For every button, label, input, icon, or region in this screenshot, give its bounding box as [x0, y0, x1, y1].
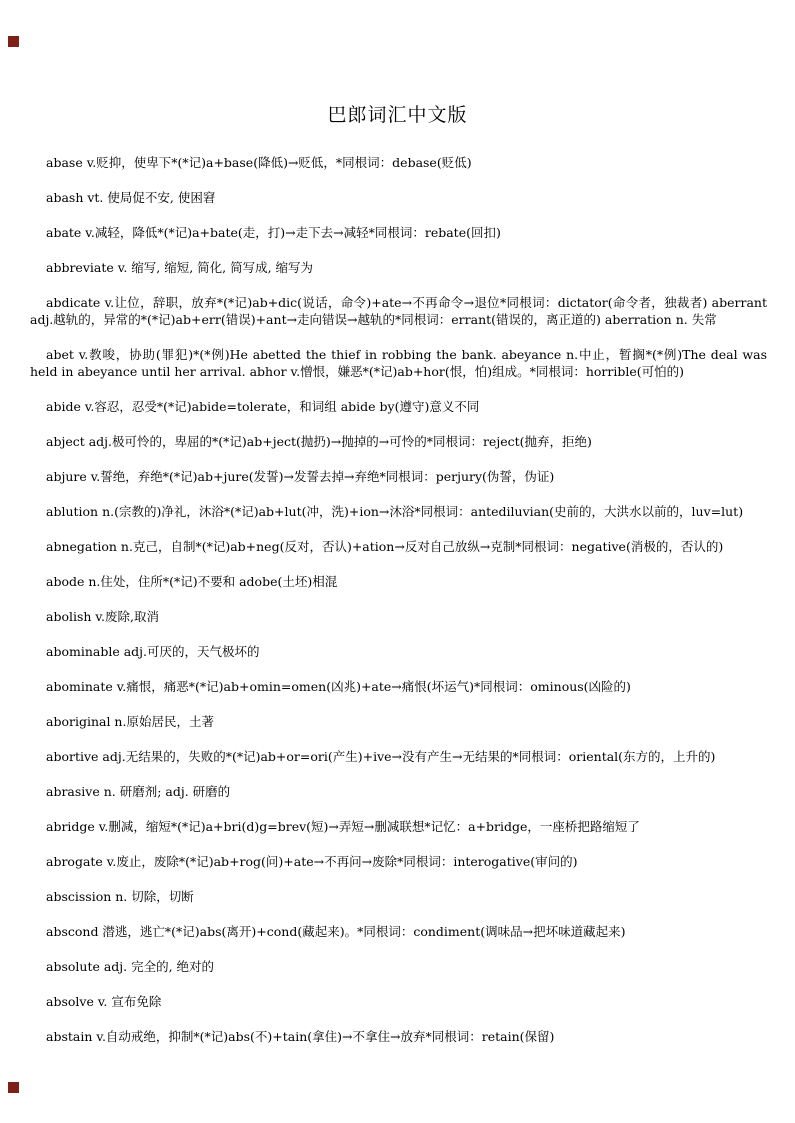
document-title: 巴郎词汇中文版 — [0, 103, 795, 127]
vocab-entry: abet v.教唆，协助(罪犯)*(*例)He abetted the thie… — [30, 346, 767, 380]
vocab-entry: abrogate v.废止，废除*(*记)ab+rog(问)+ate→不再问→废… — [30, 853, 767, 870]
vocab-entry: abrasive n. 研磨剂; adj. 研磨的 — [30, 783, 767, 800]
vocab-entry: abase v.贬抑，使卑下*(*记)a+base(降低)→贬低，*同根词：de… — [30, 154, 767, 171]
vocab-entry: abbreviate v. 缩写, 缩短, 简化, 简写成, 缩写为 — [30, 259, 767, 276]
vocab-entry: abash vt. 使局促不安, 使困窘 — [30, 189, 767, 206]
vocab-entry: abstain v.自动戒绝，抑制*(*记)abs(不)+tain(拿住)→不拿… — [30, 1028, 767, 1045]
vocab-entry: abate v.减轻，降低*(*记)a+bate(走，打)→走下去→减轻*同根词… — [30, 224, 767, 241]
vocab-entry: abridge v.删减，缩短*(*记)a+bri(d)g=brev(短)→弄短… — [30, 818, 767, 835]
vocabulary-list: abase v.贬抑，使卑下*(*记)a+base(降低)→贬低，*同根词：de… — [30, 154, 767, 1045]
vocab-entry: abjure v.誓绝，弃绝*(*记)ab+jure(发誓)→发誓去掉→弃绝*同… — [30, 468, 767, 485]
vocab-entry: abscission n. 切除，切断 — [30, 888, 767, 905]
vocab-entry: abnegation n.克己，自制*(*记)ab+neg(反对，否认)+ati… — [30, 538, 767, 555]
page-corner-marker-bottom — [8, 1082, 19, 1093]
vocab-entry: absolute adj. 完全的, 绝对的 — [30, 958, 767, 975]
vocab-entry: abominable adj.可厌的，天气极坏的 — [30, 643, 767, 660]
vocab-entry: aboriginal n.原始居民，土著 — [30, 713, 767, 730]
vocab-entry: abode n.住处，住所*(*记)不要和 adobe(土坯)相混 — [30, 573, 767, 590]
vocab-entry: abolish v.废除,取消 — [30, 608, 767, 625]
document-page: 巴郎词汇中文版 abase v.贬抑，使卑下*(*记)a+base(降低)→贬低… — [0, 0, 795, 1123]
vocab-entry: abscond 潜逃，逃亡*(*记)abs(离开)+cond(藏起来)。*同根词… — [30, 923, 767, 940]
vocab-entry: abide v.容忍，忍受*(*记)abide=tolerate，和词组 abi… — [30, 398, 767, 415]
vocab-entry: absolve v. 宣布免除 — [30, 993, 767, 1010]
vocab-entry: abortive adj.无结果的，失败的*(*记)ab+or=ori(产生)+… — [30, 748, 767, 765]
vocab-entry: ablution n.(宗教的)净礼，沐浴*(*记)ab+lut(冲，洗)+io… — [30, 503, 767, 520]
vocab-entry: abominate v.痛恨，痛恶*(*记)ab+omin=omen(凶兆)+a… — [30, 678, 767, 695]
vocab-entry: abdicate v.让位，辞职，放弃*(*记)ab+dic(说话，命令)+at… — [30, 294, 767, 328]
vocab-entry: abject adj.极可怜的，卑屈的*(*记)ab+ject(抛扔)→抛掉的→… — [30, 433, 767, 450]
page-corner-marker-top — [8, 36, 19, 47]
